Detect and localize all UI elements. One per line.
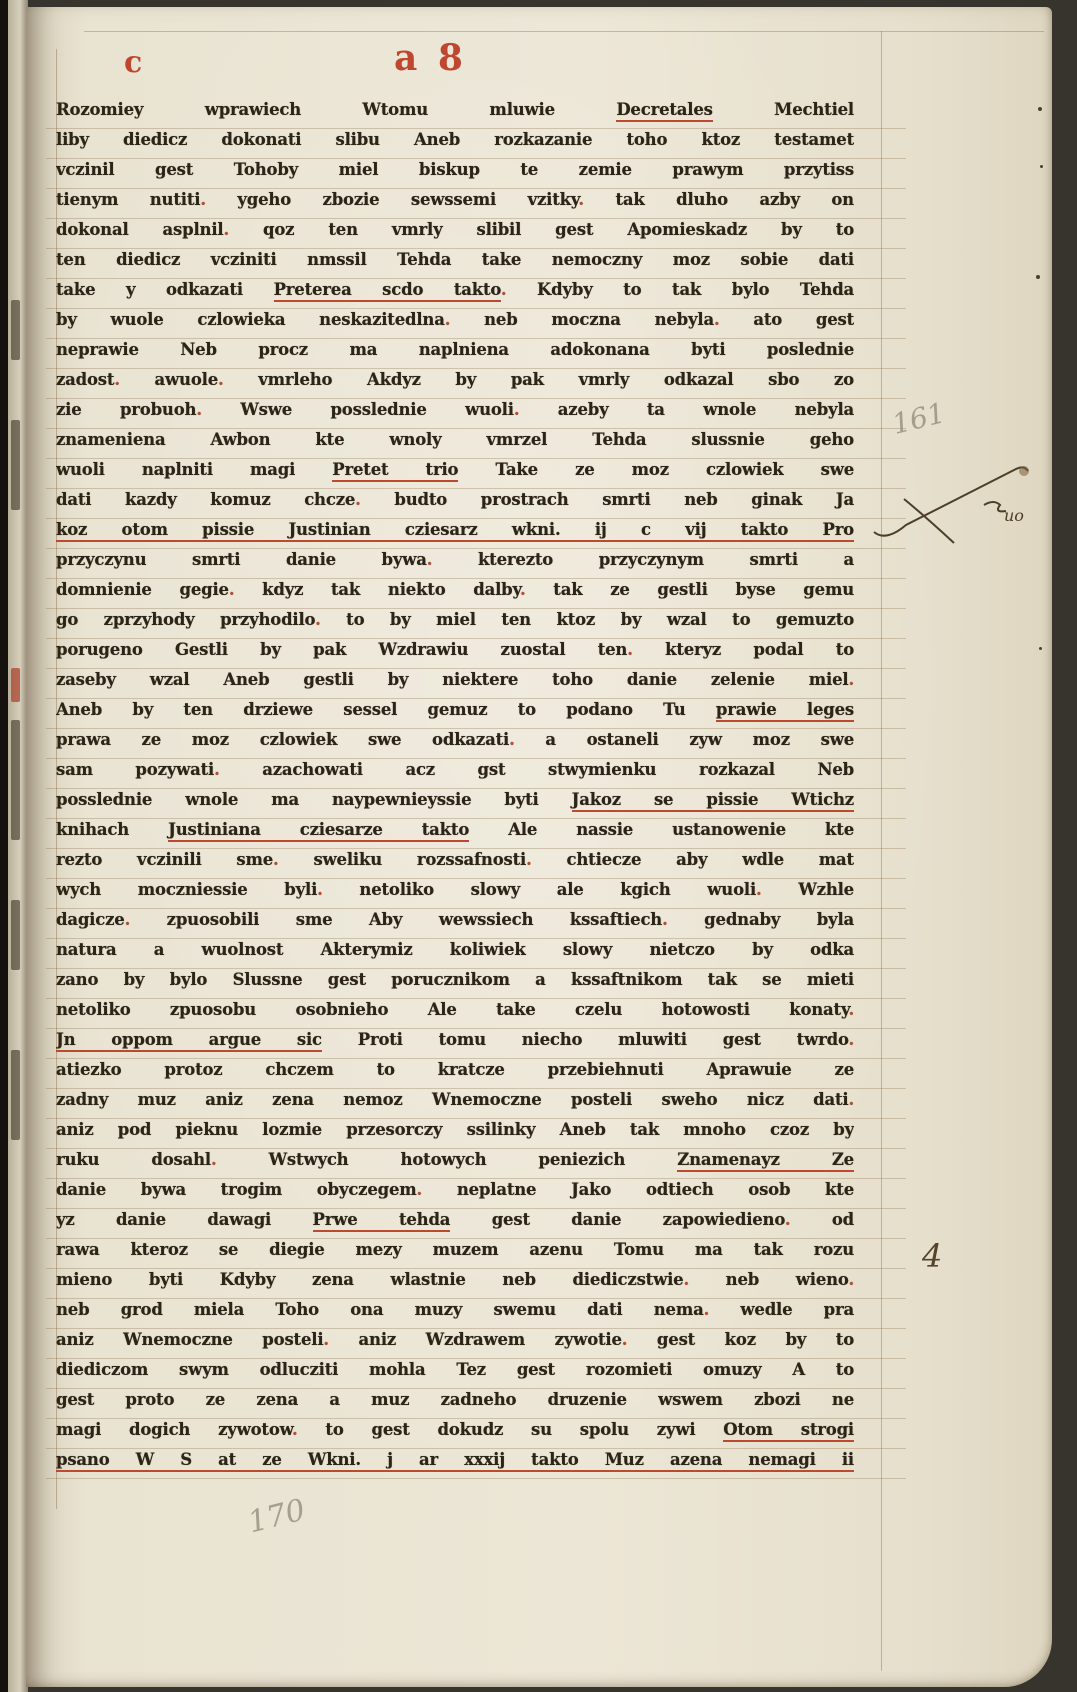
ink-text: knihach [56,820,168,839]
ink-text: to by miel ten ktoz by wzal to gemuzto [321,610,854,629]
parchment-page: c a 8 Rozomiey wprawiech Wtomu mluwie De… [26,7,1052,1687]
ink-text: zano by bylo Slussne gest porucznikom a … [56,970,854,989]
manuscript-line: netoliko zpuosobu osobnieho Ale take cze… [56,995,854,1025]
manuscript-line: prawa ze moz czlowiek swe odkazati. a os… [56,725,854,755]
text-fragment [11,300,20,360]
ink-text: neb moczna nebyla [450,310,714,329]
ink-text: tienym nutiti [56,190,200,209]
ink-text: ato gest [720,310,855,329]
page-speck [1038,107,1042,111]
rubric-underlined-text: Preterea scdo takto [274,280,501,302]
manuscript-line: dokonal asplnil. qoz ten vmrly slibil ge… [56,215,854,245]
manuscript-line: danie bywa trogim obyczegem. neplatne Ja… [56,1175,854,1205]
ink-text: neb wieno [689,1270,848,1289]
red-punctuation: . [848,670,854,689]
nota-x-mark: uo [866,447,1051,557]
ink-text: awuole [120,370,218,389]
ink-text: mieno byti Kdyby zena wlastnie neb diedi… [56,1270,683,1289]
ink-text: zadny muz aniz zena nemoz Wnemoczne post… [56,1090,848,1109]
manuscript-line: mieno byti Kdyby zena wlastnie neb diedi… [56,1265,854,1295]
ink-text: budto prostrach smrti neb ginak Ja [361,490,854,509]
ink-text: porugeno Gestli by pak Wzdrawiu zuostal … [56,640,627,659]
red-punctuation: . [848,1090,854,1109]
ink-text: aniz pod pieknu lozmie przesorczy ssilin… [56,1120,854,1139]
ink-text: netoliko slowy ale kgich wuoli [323,880,756,899]
ink-text: zie probuoh [56,400,196,419]
rubric-underlined-text: koz otom pissie Justinian cziesarz wkni.… [56,520,854,542]
manuscript-line: tienym nutiti. ygeho zbozie sewssemi vzi… [56,185,854,215]
ink-text: prawa ze moz czlowiek swe odkazati [56,730,509,749]
ink-text: Mechtiel [713,100,854,119]
rubric-underlined-text: Decretales [616,100,712,122]
rubric-underlined-text: psano W S at ze Wkni. j ar xxxij takto M… [56,1450,854,1472]
ink-text: zpuosobili sme Aby wewssiech kssaftiech [130,910,662,929]
ink-text: ruku dosahl [56,1150,211,1169]
ink-text: diediczom swym odlucziti mohla Tez gest … [56,1360,854,1379]
ink-text: gednaby byla [668,910,854,929]
rubric-underlined-text: Znamenayz Ze [677,1150,854,1172]
red-punctuation: . [848,1030,854,1049]
manuscript-line: Aneb by ten drziewe sessel gemuz to poda… [56,695,854,725]
manuscript-line: sam pozywati. azachowati acz gst stwymie… [56,755,854,785]
manuscript-line: vczinil gest Tohoby miel biskup te zemie… [56,155,854,185]
rubric-underlined-text: prawie leges [716,700,854,722]
manuscript-line: zadost. awuole. vmrleho Akdyz by pak vmr… [56,365,854,395]
ink-text: kdyz tak niekto dalby [234,580,520,599]
ink-text: danie bywa trogim obyczegem [56,1180,417,1199]
previous-page-sliver [8,0,28,1692]
manuscript-line: aniz Wnemoczne posteli. aniz Wzdrawem zy… [56,1325,854,1355]
ink-text: yz danie dawagi [56,1210,313,1229]
manuscript-line: przyczynu smrti danie bywa. kterezto prz… [56,545,854,575]
ink-text: neprawie Neb procz ma naplniena adokonan… [56,340,854,359]
manuscript-line: yz danie dawagi Prwe tehda gest danie za… [56,1205,854,1235]
ink-text: gest proto ze zena a muz zadneho druzeni… [56,1390,854,1409]
manuscript-line: rawa kteroz se diegie mezy muzem azenu T… [56,1235,854,1265]
manuscript-line: gest proto ze zena a muz zadneho druzeni… [56,1385,854,1415]
manuscript-line: aniz pod pieknu lozmie przesorczy ssilin… [56,1115,854,1145]
text-block: Rozomiey wprawiech Wtomu mluwie Decretal… [56,95,856,1475]
ink-text: Wswe posslednie wuoli [202,400,514,419]
ink-text: kteryz podal to [633,640,854,659]
ruling-line-top [84,31,1044,32]
manuscript-line: zadny muz aniz zena nemoz Wnemoczne post… [56,1085,854,1115]
page-speck [1039,647,1042,650]
ink-text: kterezto przyczynym smrti a [432,550,854,569]
manuscript-line: rezto vczinili sme. sweliku rozssafnosti… [56,845,854,875]
rubric-underlined-text: Justiniana cziesarze takto [168,820,469,842]
ink-text: netoliko zpuosobu osobnieho Ale take cze… [56,1000,848,1019]
manuscript-line: domnienie gegie. kdyz tak niekto dalby. … [56,575,854,605]
red-punctuation: . [848,1000,854,1019]
ink-text: Proti tomu niecho mluwiti gest twrdo [322,1030,849,1049]
red-text-fragment [11,668,20,702]
margin-numeral: 4 [922,1237,942,1275]
ink-text: dati kazdy komuz chcze [56,490,355,509]
ink-text: znameniena Awbon kte wnoly vmrzel Tehda … [56,430,854,449]
ink-text: neplatne Jako odtiech osob kte [422,1180,854,1199]
ink-text: zaseby wzal Aneb gestli by niektere toho… [56,670,848,689]
ink-text: tak ze gestli byse gemu [526,580,854,599]
manuscript-line: by wuole czlowieka neskazitedlna. neb mo… [56,305,854,335]
manuscript-line: wuoli naplniti magi Pretet trio Take ze … [56,455,854,485]
manuscript-line: take y odkazati Preterea scdo takto. Kdy… [56,275,854,305]
ink-text: qoz ten vmrly slibil gest Apomieskadz by… [229,220,854,239]
manuscript-photo: c a 8 Rozomiey wprawiech Wtomu mluwie De… [0,0,1077,1692]
ink-text: vczinil gest Tohoby miel biskup te zemie… [56,160,854,179]
ink-text: tak dluho azby on [584,190,854,209]
manuscript-line: znameniena Awbon kte wnoly vmrzel Tehda … [56,425,854,455]
ink-text: azachowati acz gst stwymienku rozkazal N… [220,760,854,779]
ink-text: atiezko protoz chczem to kratcze przebie… [56,1060,854,1079]
text-fragment [11,1050,20,1140]
text-fragment [11,720,20,840]
text-fragment [11,420,20,510]
header-mark-left: c [124,45,142,80]
nota-squiggle-label: uo [1004,506,1024,525]
ink-text: wuoli naplniti magi [56,460,332,479]
manuscript-line: magi dogich zywotow. to gest dokudz su s… [56,1415,854,1445]
manuscript-line: Jn oppom argue sic Proti tomu niecho mlu… [56,1025,854,1055]
ink-text: zadost [56,370,114,389]
manuscript-line: liby diedicz dokonati slibu Aneb rozkaza… [56,125,854,155]
ink-text: aniz Wnemoczne posteli [56,1330,323,1349]
ink-text: azeby ta wnole nebyla [519,400,854,419]
ink-text: go zprzyhody przyhodilo [56,610,315,629]
ink-text: neb grod miela Toho ona muzy swemu dati … [56,1300,704,1319]
ink-text: to gest dokudz su spolu zywi [298,1420,724,1439]
ink-text: rawa kteroz se diegie mezy muzem azenu T… [56,1240,854,1259]
manuscript-line: porugeno Gestli by pak Wzdrawiu zuostal … [56,635,854,665]
ink-text: natura a wuolnost Akterymiz koliwiek slo… [56,940,854,959]
ink-text: dokonal asplnil [56,220,223,239]
ink-text: Take ze moz czlowiek swe [458,460,854,479]
manuscript-line: knihach Justiniana cziesarze takto Ale n… [56,815,854,845]
page-speck [1040,165,1043,168]
ink-text: wedle pra [709,1300,854,1319]
ink-text: aniz Wzdrawem zywotie [329,1330,622,1349]
manuscript-line: dati kazdy komuz chcze. budto prostrach … [56,485,854,515]
ink-text: wych moczniessie byli [56,880,317,899]
manuscript-line: diediczom swym odlucziti mohla Tez gest … [56,1355,854,1385]
ink-text: ten diedicz vcziniti nmssil Tehda take n… [56,250,854,269]
rubric-underlined-text: Pretet trio [332,460,458,482]
ink-text: od [790,1210,854,1229]
rubric-underlined-text: Otom strogi [723,1420,854,1442]
ink-text: a ostaneli zyw moz swe [515,730,854,749]
ink-text: chtiecze aby wdle mat [532,850,854,869]
manuscript-line: zie probuoh. Wswe posslednie wuoli. azeb… [56,395,854,425]
ink-text: Aneb by ten drziewe sessel gemuz to poda… [56,700,716,719]
header-quire-mark: a 8 [394,37,467,79]
manuscript-line: dagicze. zpuosobili sme Aby wewssiech ks… [56,905,854,935]
text-fragment [11,900,20,970]
ink-text: ygeho zbozie sewssemi vzitky [206,190,579,209]
manuscript-line: zaseby wzal Aneb gestli by niektere toho… [56,665,854,695]
ink-text: sweliku rozssafnosti [279,850,527,869]
manuscript-line: atiezko protoz chczem to kratcze przebie… [56,1055,854,1085]
manuscript-line: posslednie wnole ma naypewnieyssie byti … [56,785,854,815]
manuscript-line: Rozomiey wprawiech Wtomu mluwie Decretal… [56,95,854,125]
ink-text: Kdyby to tak bylo Tehda [506,280,854,299]
manuscript-line: natura a wuolnost Akterymiz koliwiek slo… [56,935,854,965]
rubric-underlined-text: Jn oppom argue sic [56,1030,322,1052]
ink-text: magi dogich zywotow [56,1420,292,1439]
ink-text: posslednie wnole ma naypewnieyssie byti [56,790,572,809]
ink-text: Rozomiey wprawiech Wtomu mluwie [56,100,616,119]
ink-text: gest danie zapowiedieno [450,1210,785,1229]
manuscript-line: neprawie Neb procz ma naplniena adokonan… [56,335,854,365]
ink-text: Wzhle [762,880,854,899]
manuscript-line: ten diedicz vcziniti nmssil Tehda take n… [56,245,854,275]
bottom-pencil-number: 170 [245,1493,309,1541]
ink-text: gest koz by to [627,1330,854,1349]
page-speck [1036,275,1040,279]
ink-text: Ale nassie ustanowenie kte [469,820,854,839]
ink-text: sam pozywati [56,760,214,779]
ink-text: liby diedicz dokonati slibu Aneb rozkaza… [56,130,854,149]
manuscript-line: ruku dosahl. Wstwych hotowych peniezich … [56,1145,854,1175]
red-punctuation: . [848,1270,854,1289]
manuscript-line: psano W S at ze Wkni. j ar xxxij takto M… [56,1445,854,1475]
ink-text: przyczynu smrti danie bywa [56,550,427,569]
ink-text: Wstwych hotowych peniezich [217,1150,678,1169]
manuscript-line: neb grod miela Toho ona muzy swemu dati … [56,1295,854,1325]
ink-text: by wuole czlowieka neskazitedlna [56,310,445,329]
manuscript-line: koz otom pissie Justinian cziesarz wkni.… [56,515,854,545]
ink-text: vmrleho Akdyz by pak vmrly odkazal sbo z… [224,370,854,389]
rubric-underlined-text: Prwe tehda [313,1210,451,1232]
ink-text: rezto vczinili sme [56,850,273,869]
manuscript-line: zano by bylo Slussne gest porucznikom a … [56,965,854,995]
rubric-underlined-text: Jakoz se pissie Wtichz [572,790,854,812]
manuscript-line: go zprzyhody przyhodilo. to by miel ten … [56,605,854,635]
ink-text: dagicze [56,910,125,929]
ink-text: domnienie gegie [56,580,229,599]
manuscript-line: wych moczniessie byli. netoliko slowy al… [56,875,854,905]
ink-text: take y odkazati [56,280,274,299]
